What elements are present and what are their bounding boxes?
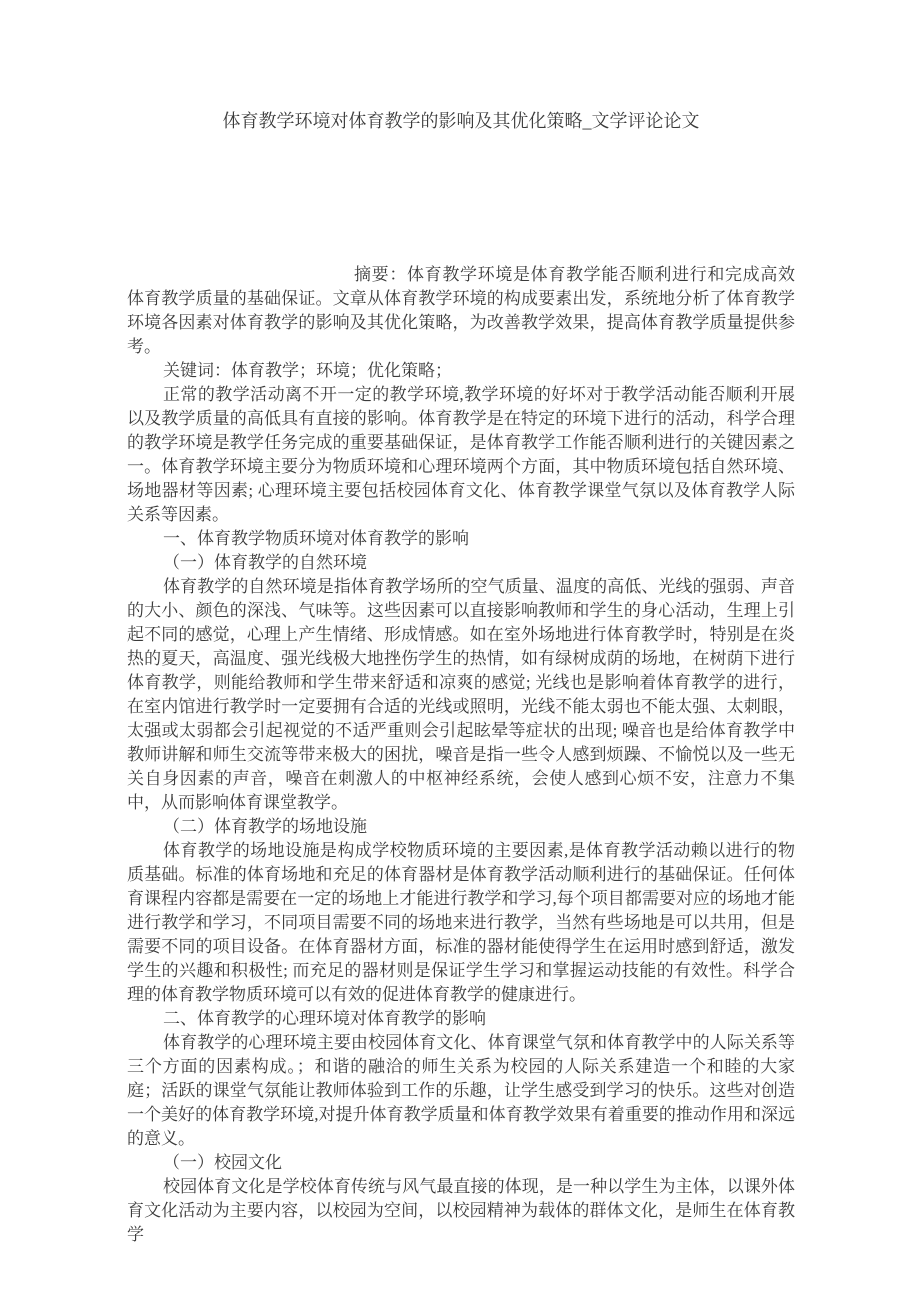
title-gap-spacer [127, 134, 795, 263]
document-content: 体育教学环境对体育教学的影响及其优化策略_文学评论论文 摘要：体育教学环境是体育… [127, 0, 795, 1247]
document-page: 体育教学环境对体育教学的影响及其优化策略_文学评论论文 摘要：体育教学环境是体育… [0, 0, 920, 1302]
subsection-heading-natural-environment: （一）体育教学的自然环境 [127, 551, 795, 575]
body-paragraph-natural-environment: 体育教学的自然环境是指体育教学场所的空气质量、温度的高低、光线的强弱、声音的大小… [127, 575, 795, 815]
keywords-line: 关键词：体育教学；环境；优化策略； [127, 359, 795, 383]
subsection-heading-venue-facilities: （二）体育教学的场地设施 [127, 815, 795, 839]
section-heading-2: 二、体育教学的心理环境对体育教学的影响 [127, 1007, 795, 1031]
document-title: 体育教学环境对体育教学的影响及其优化策略_文学评论论文 [127, 0, 795, 134]
body-paragraph-venue-facilities: 体育教学的场地设施是构成学校物质环境的主要因素,是体育教学活动赖以进行的物质基础… [127, 839, 795, 1007]
section-heading-1: 一、体育教学物质环境对体育教学的影响 [127, 527, 795, 551]
body-paragraph-psychological-environment: 体育教学的心理环境主要由校园体育文化、体育课堂气氛和体育教学中的人际关系等三个方… [127, 1031, 795, 1151]
intro-paragraph: 正常的教学活动离不开一定的教学环境,教学环境的好坏对于教学活动能否顺利开展以及教… [127, 383, 795, 527]
abstract-paragraph: 摘要：体育教学环境是体育教学能否顺利进行和完成高效体育教学质量的基础保证。文章从… [127, 263, 795, 359]
subsection-heading-campus-culture: （一）校园文化 [127, 1151, 795, 1175]
body-paragraph-campus-culture: 校园体育文化是学校体育传统与风气最直接的体现，是一种以学生为主体，以课外体育文化… [127, 1175, 795, 1247]
